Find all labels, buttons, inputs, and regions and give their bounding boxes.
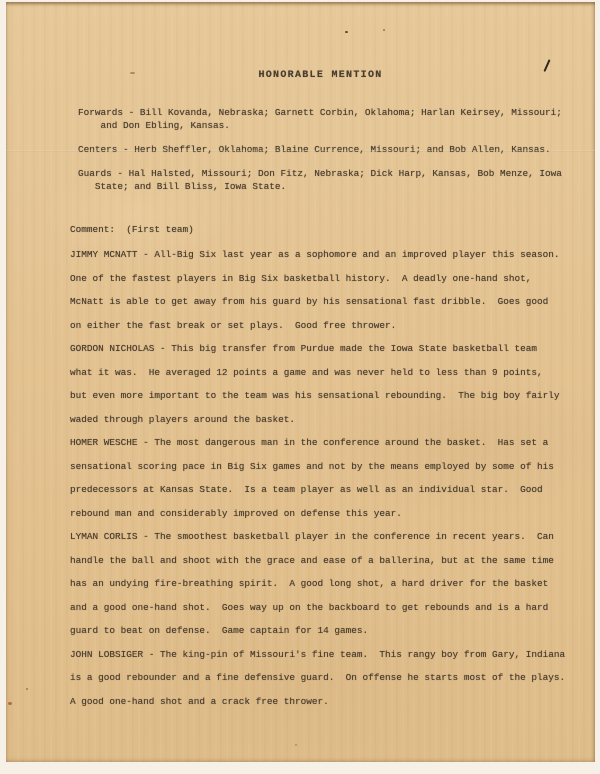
paper-page: HONORABLE MENTION Forwards - Bill Kovand… xyxy=(6,2,595,762)
player-comment-nicholas: GORDON NICHOLAS - This big transfer from… xyxy=(70,337,571,431)
comment-paragraphs: JIMMY MCNATT - All-Big Six last year as … xyxy=(70,243,571,713)
roster-centers: Centers - Herb Sheffler, Oklahoma; Blain… xyxy=(78,143,571,156)
player-comment-wesche: HOMER WESCHE - The most dangerous man in… xyxy=(70,431,571,525)
roster-guards: Guards - Hal Halsted, Missouri; Don Fitz… xyxy=(78,167,571,193)
comment-heading: Comment: (First team) xyxy=(70,223,571,237)
player-comment-corlis: LYMAN CORLIS - The smoothest basketball … xyxy=(70,525,571,643)
player-comment-lobsiger: JOHN LOBSIGER - The king-pin of Missouri… xyxy=(70,643,571,714)
roster-forwards: Forwards - Bill Kovanda, Nebraska; Garne… xyxy=(78,106,571,132)
roster-list: Forwards - Bill Kovanda, Nebraska; Garne… xyxy=(78,106,571,193)
player-comment-mcnatt: JIMMY MCNATT - All-Big Six last year as … xyxy=(70,243,571,337)
page-title: HONORABLE MENTION xyxy=(70,70,571,82)
